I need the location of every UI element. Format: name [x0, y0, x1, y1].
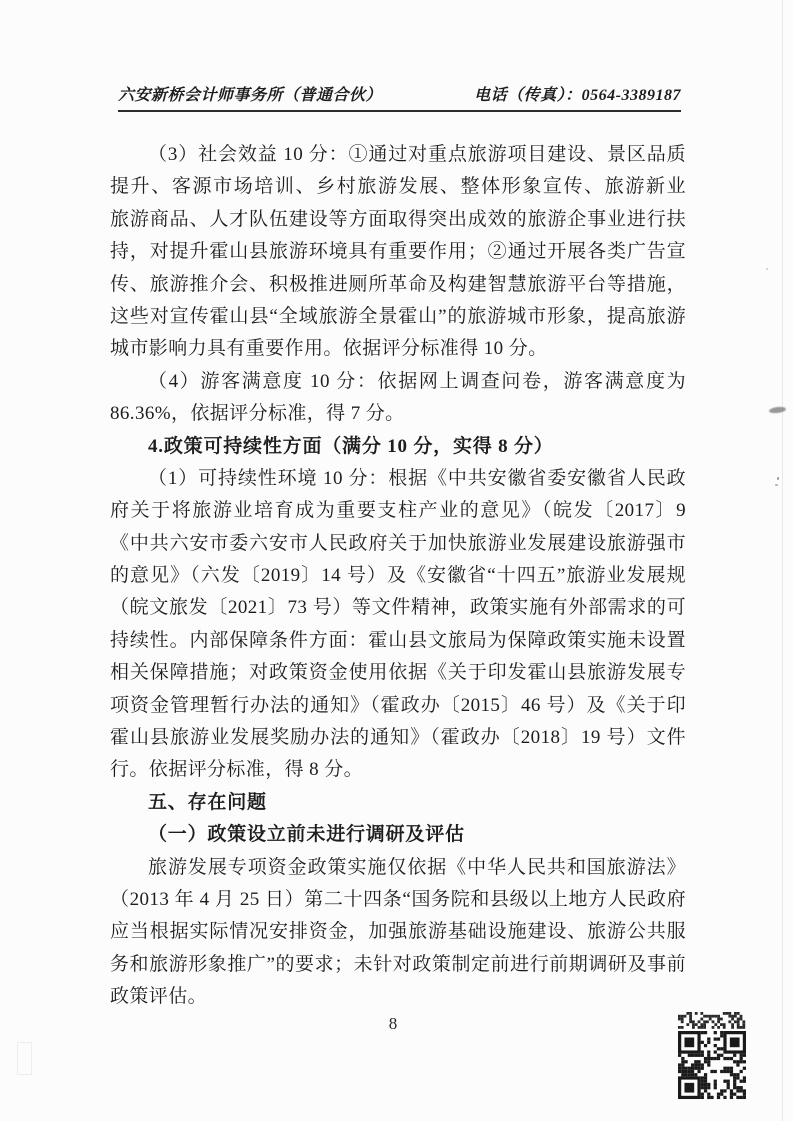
- text-line: 提升、客源市场培训、乡村旅游发展、整体形象宣传、旅游新业态、: [110, 171, 686, 203]
- text-line: （一）政策设立前未进行调研及评估: [110, 819, 686, 851]
- text-line: 86.36%，依据评分标准，得 7 分。: [110, 398, 686, 430]
- text-line: 旅游发展专项资金政策实施仅依据《中华人民共和国旅游法》: [110, 852, 686, 884]
- qr-code-icon: [678, 1012, 746, 1100]
- text-line: （皖文旅发〔2021〕73 号）等文件精神，政策实施有外部需求的可: [110, 592, 686, 624]
- firm-name: 六安新桥会计师事务所（普通合伙）: [118, 82, 382, 105]
- text-line: 传、旅游推介会、积极推进厕所革命及构建智慧旅游平台等措施，: [110, 269, 686, 301]
- text-line: 政策评估。: [110, 981, 686, 1013]
- page-number: 8: [110, 1014, 676, 1034]
- text-line: 的意见》（六发〔2019〕14 号）及《安徽省“十四五”旅游业发展规划》: [110, 560, 686, 592]
- document-body: （3）社会效益 10 分：①通过对重点旅游项目建设、景区品质提升、客源市场培训、…: [110, 139, 686, 1014]
- text-line: （2013 年 4 月 25 日）第二十四条“国务院和县级以上地方人民政府: [110, 884, 686, 916]
- text-line: 旅游商品、人才队伍建设等方面取得突出成效的旅游企事业进行扶: [110, 204, 686, 236]
- speck-artifact: [777, 477, 779, 480]
- text-line: （1）可持续性环境 10 分：根据《中共安徽省委安徽省人民政: [110, 463, 686, 495]
- corner-mark-artifact: [17, 1042, 32, 1075]
- text-line: 4.政策可持续性方面（满分 10 分，实得 8 分）: [110, 431, 686, 463]
- text-line: （4）游客满意度 10 分：依据网上调查问卷，游客满意度为: [110, 366, 686, 398]
- text-line: 持续性。内部保障条件方面：霍山县文旅局为保障政策实施未设置: [110, 625, 686, 657]
- speck-artifact: [766, 268, 768, 270]
- text-line: 霍山县旅游业发展奖励办法的通知》（霍政办〔2018〕19 号）文件执: [110, 722, 686, 754]
- scan-line-artifact: [782, 0, 783, 1121]
- text-line: 府关于将旅游业培育成为重要支柱产业的意见》（皖发〔2017〕9 号）、: [110, 495, 686, 527]
- text-line: 项资金管理暂行办法的通知》（霍政办〔2015〕46 号）及《关于印发: [110, 690, 686, 722]
- text-line: 务和旅游形象推广”的要求；未针对政策制定前进行前期调研及事前: [110, 949, 686, 981]
- text-line: 持，对提升霍山县旅游环境具有重要作用；②通过开展各类广告宣: [110, 236, 686, 268]
- text-line: 这些对宣传霍山县“全域旅游全景霍山”的旅游城市形象，提高旅游: [110, 301, 686, 333]
- text-line: 城市影响力具有重要作用。依据评分标准得 10 分。: [110, 333, 686, 365]
- text-line: 相关保障措施；对政策资金使用依据《关于印发霍山县旅游发展专: [110, 657, 686, 689]
- speck-artifact: [775, 484, 778, 486]
- header-phone: 电话（传真）：0564-3389187: [474, 82, 681, 105]
- text-line: 《中共六安市委六安市人民政府关于加快旅游业发展建设旅游强市: [110, 528, 686, 560]
- smudge-artifact: [769, 406, 787, 414]
- page-header: 六安新桥会计师事务所（普通合伙） 电话（传真）：0564-3389187: [118, 82, 681, 112]
- document-page: 六安新桥会计师事务所（普通合伙） 电话（传真）：0564-3389187 （3）…: [0, 0, 793, 1121]
- text-line: 应当根据实际情况安排资金，加强旅游基础设施建设、旅游公共服: [110, 916, 686, 948]
- text-line: 行。依据评分标准，得 8 分。: [110, 754, 686, 786]
- text-line: 五、存在问题: [110, 787, 686, 819]
- text-line: （3）社会效益 10 分：①通过对重点旅游项目建设、景区品质: [110, 139, 686, 171]
